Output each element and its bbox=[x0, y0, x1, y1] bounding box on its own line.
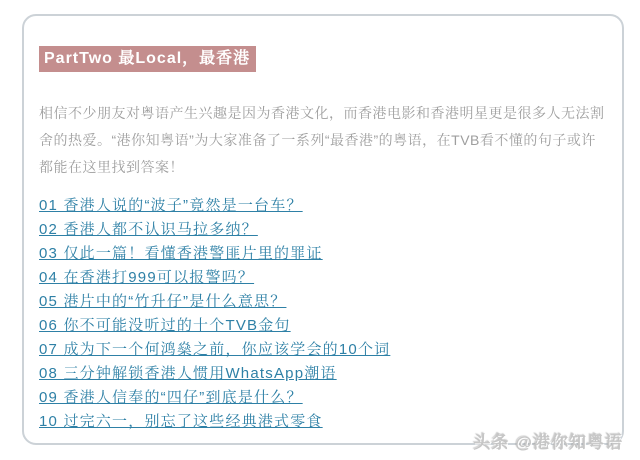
toutiao-logo: 头条 bbox=[473, 433, 509, 452]
toutiao-watermark: 头条@港你知粤语 bbox=[473, 428, 623, 453]
article-card: PartTwo 最Local，最香港 相信不少朋友对粤语产生兴趣是因为香港文化，… bbox=[22, 14, 624, 445]
article-link-07[interactable]: 07 成为下一个何鸿燊之前，你应该学会的10个词 bbox=[39, 338, 607, 362]
article-link-06[interactable]: 06 你不可能没听过的十个TVB金句 bbox=[39, 314, 607, 338]
intro-paragraph: 相信不少朋友对粤语产生兴趣是因为香港文化，而香港电影和香港明星更是很多人无法割舍… bbox=[39, 100, 607, 181]
article-link-08[interactable]: 08 三分钟解锁香港人惯用WhatsApp潮语 bbox=[39, 362, 607, 386]
article-link-02[interactable]: 02 香港人都不认识马拉多纳？ bbox=[39, 218, 607, 242]
article-link-03[interactable]: 03 仅此一篇！看懂香港警匪片里的罪证 bbox=[39, 242, 607, 266]
section-title: PartTwo 最Local，最香港 bbox=[39, 46, 256, 72]
article-link-04[interactable]: 04 在香港打999可以报警吗？ bbox=[39, 266, 607, 290]
article-card-content: PartTwo 最Local，最香港 相信不少朋友对粤语产生兴趣是因为香港文化，… bbox=[24, 16, 622, 434]
article-link-01[interactable]: 01 香港人说的“波子”竟然是一台车？ bbox=[39, 194, 607, 218]
article-link-05[interactable]: 05 港片中的“竹升仔”是什么意思？ bbox=[39, 290, 607, 314]
article-link-list: 01 香港人说的“波子”竟然是一台车？ 02 香港人都不认识马拉多纳？ 03 仅… bbox=[39, 194, 607, 434]
watermark-handle: @港你知粤语 bbox=[515, 433, 623, 452]
article-link-09[interactable]: 09 香港人信奉的“四仔”到底是什么？ bbox=[39, 386, 607, 410]
